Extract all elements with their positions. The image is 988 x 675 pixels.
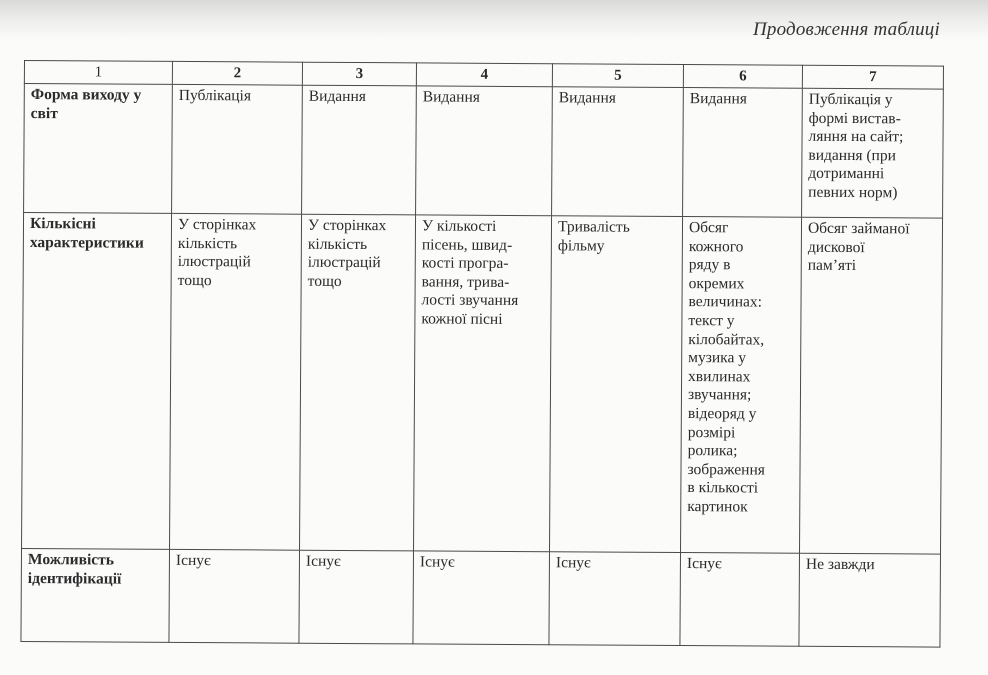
table-cell: Видання: [683, 88, 803, 218]
table-row-identification-possibility: Можливість ідентифікації Існує Існує Існ…: [21, 548, 941, 647]
table-cell: Видання: [416, 86, 553, 216]
table-cell: Існує: [299, 550, 414, 644]
table-cell: Існує: [680, 553, 800, 647]
table-cell: Не завжди: [799, 553, 941, 647]
row-label: Форма виходу у світ: [24, 84, 173, 214]
row-label: Кількісні характеристики: [22, 213, 172, 550]
column-number-cell: 6: [683, 65, 802, 89]
table-cell: Обсяг займаної дискової пам’яті: [800, 217, 943, 554]
column-number-cell: 4: [416, 63, 552, 87]
table-cell: Обсяг кожного ряду в окремих величинах: …: [681, 217, 802, 554]
column-number-cell: 1: [24, 61, 172, 85]
row-label: Можливість ідентифікації: [21, 548, 170, 642]
table-row-quantitative-characteristics: Кількісні характеристики У сторінках кіл…: [22, 213, 943, 555]
table-cell: Публікація у формі вистав- ляння на сайт…: [802, 88, 944, 218]
column-number-cell: 7: [802, 65, 943, 89]
column-number-cell: 3: [302, 62, 416, 86]
table-cell: Існує: [413, 551, 550, 645]
table-cell: У сторінках кількість ілюстрацій тощо: [300, 214, 416, 551]
table-cell: Існує: [169, 549, 300, 643]
table-cell: Видання: [552, 87, 684, 217]
table-row-publication-form: Форма виходу у світ Публікація Видання В…: [24, 84, 944, 219]
table-cell: Існує: [549, 552, 681, 646]
column-number-cell: 2: [172, 61, 302, 85]
table-cell: Тривалість фільму: [550, 216, 683, 553]
comparison-table: 1 2 3 4 5 6 7 Форма виходу у світ Публік…: [20, 60, 944, 648]
table-continuation-caption: Продовження таблиці: [753, 19, 940, 41]
table-cell: У сторінках кількість ілюстрацій тощо: [170, 213, 302, 550]
table-cell: У кількості пісень, швид- кості програ- …: [414, 215, 552, 552]
column-number-cell: 5: [552, 64, 683, 88]
table-cell: Публікація: [172, 84, 303, 214]
table-cell: Видання: [302, 85, 417, 215]
